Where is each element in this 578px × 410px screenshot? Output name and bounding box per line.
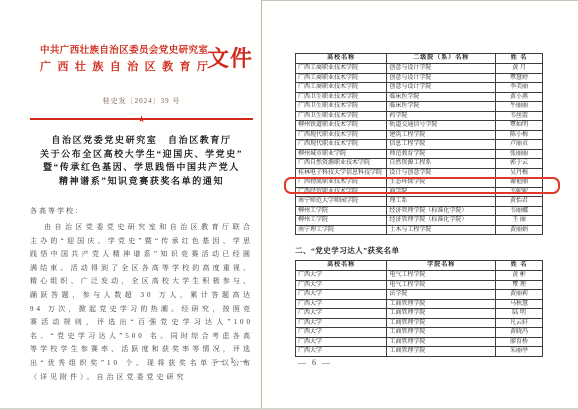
table-cell: 广西经贸职业技术学院 (296, 187, 387, 197)
table-row: 广西大学法学院黄丽莉 (296, 290, 543, 300)
table-row: 广西物流职业技术学院生态环保学院谢艳丽 (296, 178, 543, 188)
red-divider-rule: ★ (30, 118, 253, 120)
table-cell: 师范教育学院 (387, 149, 496, 159)
table-row: 广西大学工商管理学院黄晓冯 (296, 328, 543, 338)
org-name-line2: 广西壮族自治区教育厅 (40, 58, 208, 74)
table-header-row: 高校名称学院名称姓 名 (296, 261, 543, 271)
table-cell: 土木与工程学院 (387, 225, 496, 235)
table-cell: 黄丽娟 (496, 225, 543, 235)
table-cell: 凡云轩 (496, 318, 543, 328)
table-cell: 吴丹梅 (496, 168, 543, 178)
table-cell: 广西大学 (296, 318, 387, 328)
awards-table-2: 高校名称学院名称姓 名 广西大学电气工程学院黄 彬广西大学电气工程学院覃 理广西… (295, 260, 543, 357)
table-cell: 电气工程学院 (387, 271, 496, 281)
table-cell: 建筑工程学院 (387, 130, 496, 140)
table-cell: 经济管理学院（标准化学院） (387, 206, 496, 216)
document-word: 文件 (207, 42, 253, 73)
column-header: 学院名称 (387, 261, 496, 271)
page-right: 高校名称二级院（系）名称姓 名 广西工商职业技术学院创意与设计学院黄 月广西工商… (262, 0, 578, 408)
table-cell: 生态环保学院 (387, 178, 496, 188)
table-cell: 柳州城市职业学院 (296, 149, 387, 159)
letterhead: 中共广西壮族自治区委员会党史研究室 广西壮族自治区教育厅 (40, 42, 208, 74)
table-row: 广西卫生职业技术学院临床医学院牛丽丽 (296, 102, 543, 112)
table-cell: 广西大学 (296, 347, 387, 357)
left-page-content: 中共广西壮族自治区委员会党史研究室 广西壮族自治区教育厅 文件 桂史发〔2024… (30, 42, 253, 384)
table-row: 柳州工学院经济管理学院（标准化学院）韦丽娜 (296, 206, 543, 216)
table-row: 广西大学工商管理学院凡云轩 (296, 318, 543, 328)
table-cell: 临床医学院 (387, 92, 496, 102)
table-row: 广西工商职业技术学院创意与设计学院黄 月 (296, 64, 543, 74)
table-cell: 黄小燕 (496, 92, 543, 102)
table-cell: 黄晓冯 (496, 328, 543, 338)
org-name-line1: 中共广西壮族自治区委员会党史研究室 (40, 42, 208, 56)
table-cell: 商学院 (387, 187, 496, 197)
table-cell: 广西现代职业技术学院 (296, 130, 387, 140)
table-cell: 黄 彬 (496, 271, 543, 281)
table-cell: 黄 月 (496, 64, 543, 74)
table-cell: 广西大学 (296, 328, 387, 338)
table-cell: 马秋慧 (496, 299, 543, 309)
table-cell: 广西物流职业技术学院 (296, 178, 387, 188)
table-row: 柳州城市职业学院师范教育学院张丽丽 (296, 149, 543, 159)
column-header: 高校名称 (296, 54, 387, 64)
table-cell: 王 丽 (496, 216, 543, 226)
table-cell: 广西工商职业技术学院 (296, 73, 387, 83)
table-cell: 黄丽莉 (496, 290, 543, 300)
table-cell: 创意与设计学院 (387, 64, 496, 74)
table-cell: 工商管理学院 (387, 309, 496, 319)
table-cell: 陆 明 (496, 309, 543, 319)
table-cell: 药学院 (387, 111, 496, 121)
page-left: 中共广西壮族自治区委员会党史研究室 广西壮族自治区教育厅 文件 桂史发〔2024… (0, 0, 262, 408)
table-cell: 广西大学 (296, 290, 387, 300)
table-cell: 创意与设计学院 (387, 83, 496, 93)
table-cell: 陈小梅 (496, 130, 543, 140)
document-scan: 中共广西壮族自治区委员会党史研究室 广西壮族自治区教育厅 文件 桂史发〔2024… (0, 0, 578, 410)
title-line-4: 精神谱系”知识竞赛获奖名单的通知 (30, 175, 253, 189)
table-row: 广西工商职业技术学院创意与设计学院李美丽 (296, 83, 543, 93)
table-cell: 李美丽 (496, 83, 543, 93)
table-row: 广西大学工商管理学院廖育桥 (296, 337, 543, 347)
table-cell: 广西卫生职业技术学院 (296, 102, 387, 112)
table-header-row: 高校名称二级院（系）名称姓 名 (296, 54, 543, 64)
table-cell: 广西工商职业技术学院 (296, 64, 387, 74)
table-row: 南宁理工学院土木与工程学院黄丽娟 (296, 225, 543, 235)
table-cell: 工商管理学院 (387, 337, 496, 347)
table-cell: 韦丝霞 (496, 111, 543, 121)
table-row: 广西大学工商管理学院陆 明 (296, 309, 543, 319)
table-row: 广西卫生职业技术学院临床医学院黄小燕 (296, 92, 543, 102)
table-cell: 轨道交通信号学院 (387, 121, 496, 131)
star-icon: ★ (137, 115, 145, 124)
document-number: 桂史发〔2024〕39 号 (30, 96, 253, 106)
table-cell: 卢丽贞 (496, 140, 543, 150)
table-cell: 广西大学 (296, 309, 387, 319)
table-row: 柳州工学院经济管理学院（标准化学院）王 丽 (296, 216, 543, 226)
table-cell: 信息工程学院 (387, 140, 496, 150)
table-cell: 经济管理学院（标准化学院） (387, 216, 496, 226)
table-cell: 韦妮妮 (496, 187, 543, 197)
table-cell: 郭于云 (496, 159, 543, 169)
right-page-content: 高校名称二级院（系）名称姓 名 广西工商职业技术学院创意与设计学院黄 月广西工商… (295, 53, 543, 357)
table-cell: 韦丽娜 (496, 206, 543, 216)
table-cell: 自然资源工程系 (387, 159, 496, 169)
table-row: 桂林电子科技大学信息科技学院设计与创意学院吴丹梅 (296, 168, 543, 178)
table-cell: 廖育桥 (496, 337, 543, 347)
column-header: 姓 名 (496, 261, 543, 271)
table-row: 广西工商职业技术学院创意与设计学院覃慧婷 (296, 73, 543, 83)
document-title: 自治区党委党史研究室 自治区教育厅 关于公布全区高校大学生“迎国庆、学党史” 暨… (30, 134, 253, 188)
table-cell: 柳州工学院 (296, 216, 387, 226)
salutation: 各高等学校： (30, 206, 253, 216)
table-cell: 南宁师范大学师园学院 (296, 197, 387, 207)
page-number-right: — 6 — (298, 358, 332, 367)
table-cell: 广西大学 (296, 299, 387, 309)
table-cell: 广西卫生职业技术学院 (296, 92, 387, 102)
table-cell: 工商管理学院 (387, 318, 496, 328)
table-row: 广西自然资源职业技术学院自然资源工程系郭于云 (296, 159, 543, 169)
table-cell: 理工系 (387, 197, 496, 207)
table-cell: 柳州工学院 (296, 206, 387, 216)
table-cell: 柳州铁道职业技术学院 (296, 121, 387, 131)
table-cell: 谢艳丽 (496, 178, 543, 188)
awards-table-1: 高校名称二级院（系）名称姓 名 广西工商职业技术学院创意与设计学院黄 月广西工商… (295, 53, 543, 235)
table-row: 广西现代职业技术学院信息工程学院卢丽贞 (296, 140, 543, 150)
table-row: 广西大学工商管理学院朱丽亭 (296, 347, 543, 357)
table-cell: 广西卫生职业技术学院 (296, 111, 387, 121)
table-row: 广西经贸职业技术学院商学院韦妮妮 (296, 187, 543, 197)
title-line-1: 自治区党委党史研究室 自治区教育厅 (30, 134, 253, 148)
table-cell: 工商管理学院 (387, 328, 496, 338)
table-cell: 广西大学 (296, 280, 387, 290)
table-cell: 朱丽亭 (496, 347, 543, 357)
table-row: 广西大学电气工程学院黄 彬 (296, 271, 543, 281)
table-cell: 南宁理工学院 (296, 225, 387, 235)
table-cell: 覃慧婷 (496, 73, 543, 83)
table-cell: 工商管理学院 (387, 299, 496, 309)
table-cell: 电气工程学院 (387, 280, 496, 290)
table-cell: 广西现代职业技术学院 (296, 140, 387, 150)
table-cell: 张丽丽 (496, 149, 543, 159)
title-line-3: 暨“传承红色基因、学思践悟中国共产党人 (30, 161, 253, 175)
table-row: 广西现代职业技术学院建筑工程学院陈小梅 (296, 130, 543, 140)
column-header: 姓 名 (496, 54, 543, 64)
title-line-2: 关于公布全区高校大学生“迎国庆、学党史” (30, 148, 253, 162)
table-cell: 创意与设计学院 (387, 73, 496, 83)
column-header: 二级院（系）名称 (387, 54, 496, 64)
table-cell: 广西工商职业技术学院 (296, 83, 387, 93)
table-cell: 设计与创意学院 (387, 168, 496, 178)
table-cell: 法学院 (387, 290, 496, 300)
page-number-left: — 1 — (216, 356, 250, 365)
table-row: 广西大学工商管理学院马秋慧 (296, 299, 543, 309)
column-header: 高校名称 (296, 261, 387, 271)
table-cell: 桂林电子科技大学信息科技学院 (296, 168, 387, 178)
table-cell: 黄怡君 (496, 197, 543, 207)
table-row: 柳州铁道职业技术学院轨道交通信号学院覃灿明 (296, 121, 543, 131)
table-cell: 覃灿明 (496, 121, 543, 131)
table-row: 广西卫生职业技术学院药学院韦丝霞 (296, 111, 543, 121)
table-cell: 广西大学 (296, 271, 387, 281)
table-cell: 广西大学 (296, 337, 387, 347)
table-cell: 广西自然资源职业技术学院 (296, 159, 387, 169)
section-2-title: 二、“党史学习达人”获奖名单 (295, 245, 543, 256)
table-cell: 工商管理学院 (387, 347, 496, 357)
table-row: 广西大学电气工程学院覃 理 (296, 280, 543, 290)
table-cell: 牛丽丽 (496, 102, 543, 112)
table-cell: 覃 理 (496, 280, 543, 290)
table-cell: 临床医学院 (387, 102, 496, 112)
table-row: 南宁师范大学师园学院理工系黄怡君 (296, 197, 543, 207)
